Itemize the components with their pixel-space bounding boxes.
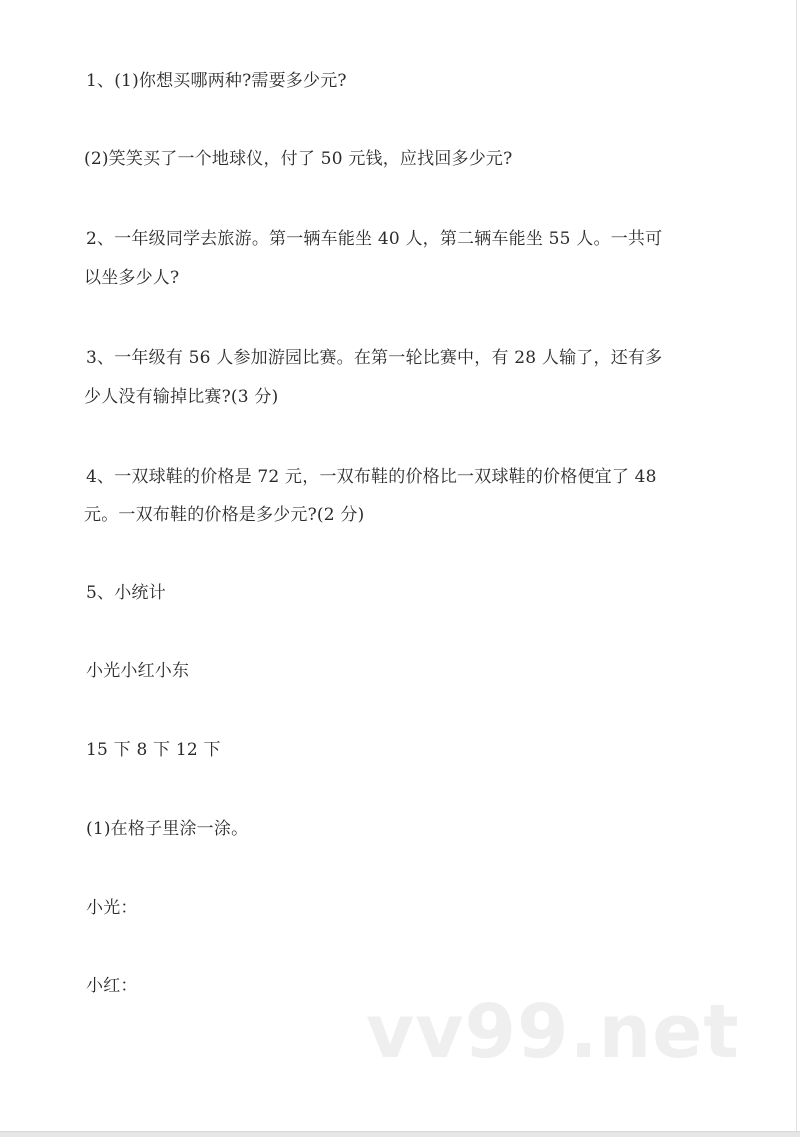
question-5-xiaoguang-label: 小光： <box>86 897 138 919</box>
question-5-part-1: (1)在格子里涂一涂。 <box>86 818 248 840</box>
question-4-line-2: 元。一双布鞋的价格是多少元?(2 分) <box>84 504 364 526</box>
question-1-part-2: (2)笑笑买了一个地球仪，付了 50 元钱，应找回多少元? <box>84 148 512 170</box>
question-2-line-1: 2、一年级同学去旅游。第一辆车能坐 40 人，第二辆车能坐 55 人。一共可 <box>86 228 662 250</box>
question-3-line-1: 3、一年级有 56 人参加游园比赛。在第一轮比赛中，有 28 人输了，还有多 <box>86 347 662 369</box>
question-5-counts: 15 下 8 下 12 下 <box>86 739 221 761</box>
document-page: 1、(1)你想买哪两种?需要多少元? (2)笑笑买了一个地球仪，付了 50 元钱… <box>0 0 797 1131</box>
question-5-names: 小光小红小东 <box>86 660 189 682</box>
question-3-line-2: 少人没有输掉比赛?(3 分) <box>84 386 278 408</box>
question-4-line-1: 4、一双球鞋的价格是 72 元，一双布鞋的价格比一双球鞋的价格便宜了 48 <box>86 466 657 488</box>
question-5-title: 5、小统计 <box>86 582 166 604</box>
watermark: vv99.net <box>366 992 740 1072</box>
page-bottom-edge <box>0 1131 800 1137</box>
question-1-part-1: 1、(1)你想买哪两种?需要多少元? <box>86 70 347 92</box>
question-2-line-2: 以坐多少人? <box>84 267 179 289</box>
question-5-xiaohong-label: 小红： <box>86 975 138 997</box>
